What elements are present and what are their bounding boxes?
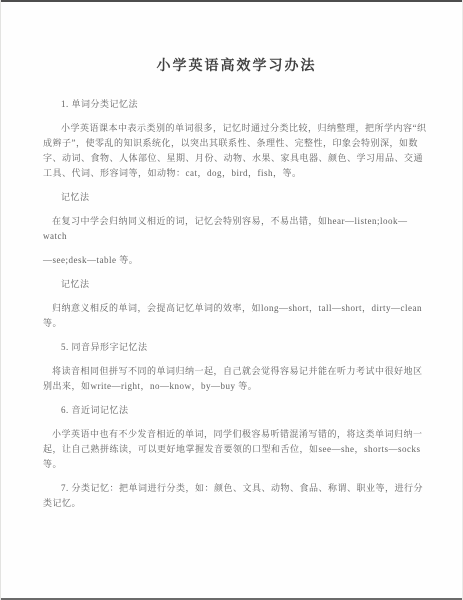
paragraph-antonym-memory: 归纳意义相反的单词，会提高记忆单词的效率，如long—short，tall—sh… — [43, 301, 430, 331]
paragraph-homophone-memory: 将读音相同但拼写不同的单词归纳一起，自己就会觉得容易记并能在听力考试中很好地区别… — [43, 364, 430, 394]
document-title: 小学英语高效学习办法 — [43, 56, 430, 77]
section-heading-synonym-memory: 记忆法 — [43, 190, 430, 205]
section-heading-homophone-memory: 5. 同音异形字记忆法 — [43, 340, 430, 355]
paragraph-synonym-memory-continuation: —see;desk—table 等。 — [43, 253, 430, 268]
document-content: 小学英语高效学习办法 1. 单词分类记忆法 小学英语课本中表示类别的单词很多，记… — [1, 0, 462, 511]
paragraph-word-classification: 小学英语课本中表示类别的单词很多，记忆时通过分类比较，归纳整理，把所学内容“织成… — [43, 121, 430, 181]
document-page: 小学英语高效学习办法 1. 单词分类记忆法 小学英语课本中表示类别的单词很多，记… — [0, 0, 463, 600]
section-heading-antonym-memory: 记忆法 — [43, 277, 430, 292]
section-heading-similar-sound-memory: 6. 音近词记忆法 — [43, 403, 430, 418]
scan-edge-top — [1, 0, 462, 2]
section-heading-word-classification: 1. 单词分类记忆法 — [43, 97, 430, 112]
paragraph-category-memory: 7. 分类记忆：把单词进行分类，如：颜色、文具、动物、食品、称谓、职业等，进行分… — [43, 481, 430, 511]
paragraph-synonym-memory: 在复习中学会归纳同义相近的词，记忆会特别容易，不易出错，如hear—listen… — [43, 214, 430, 244]
paragraph-similar-sound-memory: 小学英语中也有不少发音相近的单词，同学们极容易听错混淆写错的，将这类单词归纳一起… — [43, 427, 430, 472]
